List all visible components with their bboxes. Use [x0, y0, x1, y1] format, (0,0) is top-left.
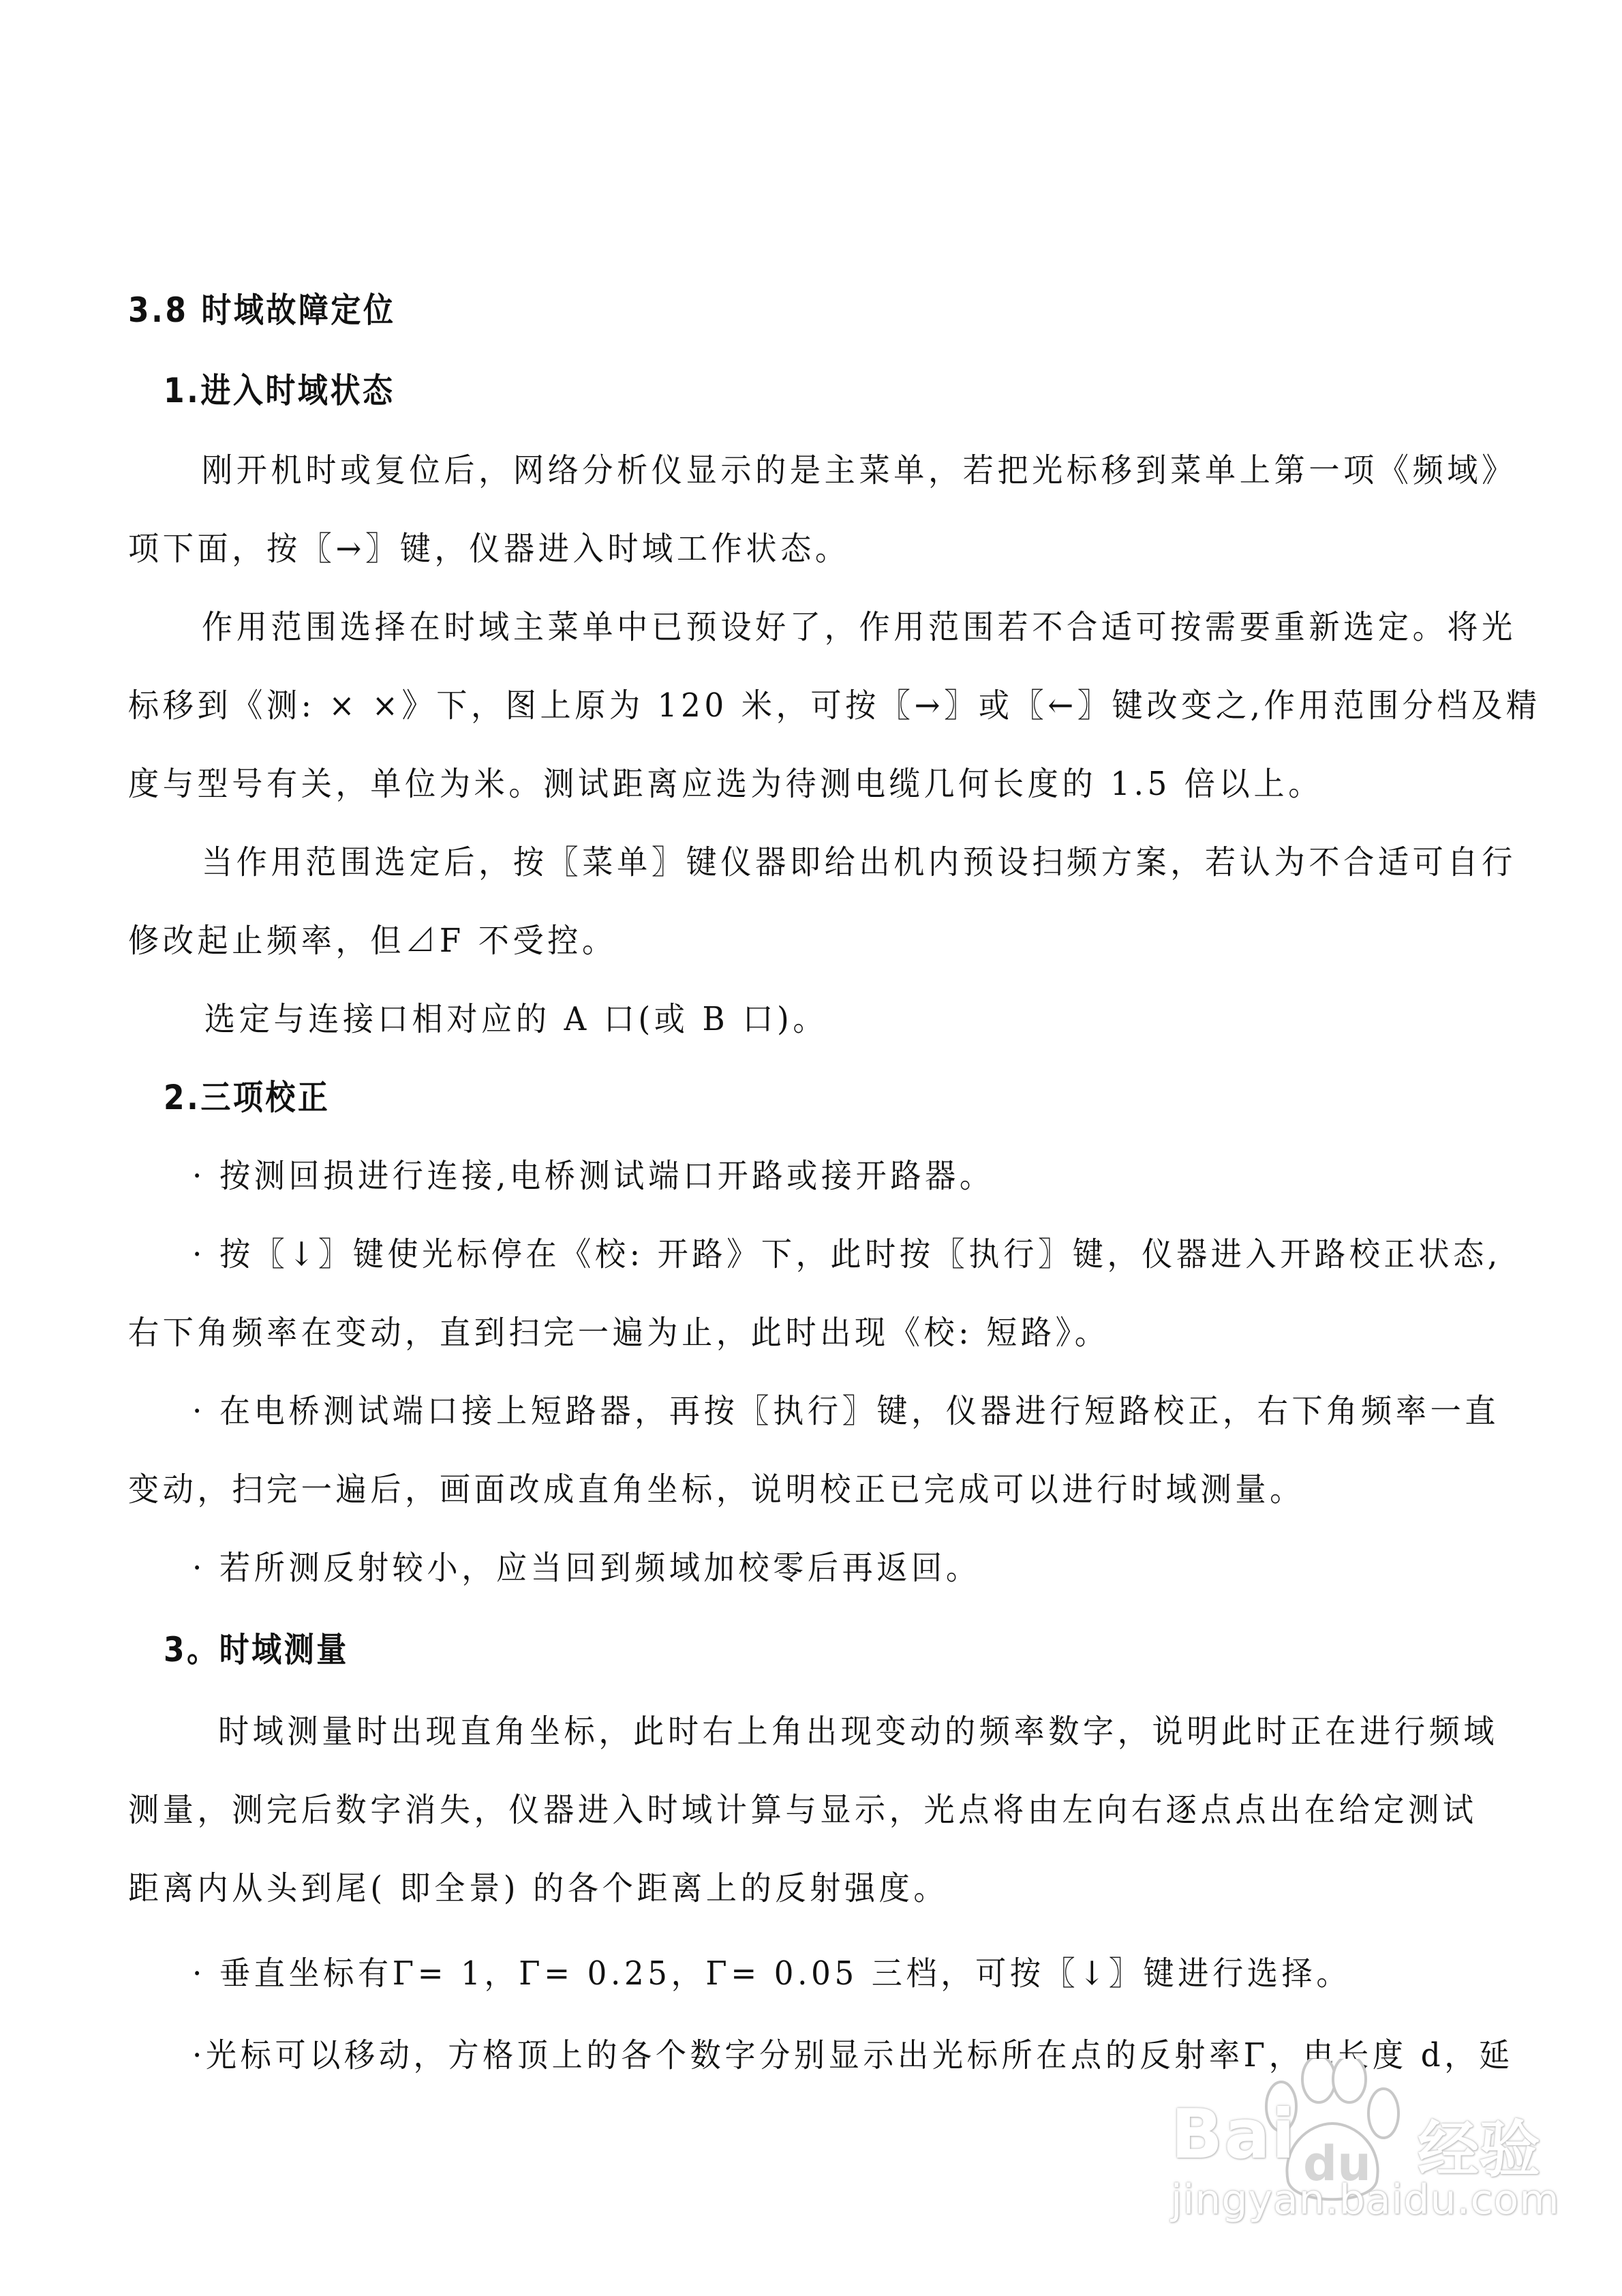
paragraph-line: 当作用范围选定后，按〖菜单〗键仪器即给出机内预设扫频方案，若认为不合适可自行: [202, 842, 1516, 883]
bullet-item: · 垂直坐标有Γ= 1，Γ= 0.25，Γ= 0.05 三档，可按〖↓〗键进行选…: [192, 1953, 1351, 1994]
paragraph-line: 测量，测完后数字消失，仪器进入时域计算与显示，光点将由左向右逐点点出在给定测试: [128, 1789, 1478, 1830]
bullet-item-continued: 右下角频率在变动，直到扫完一遍为止，此时出现《校: 短路》。: [128, 1312, 1110, 1353]
paragraph-line: 标移到《测: × ×》下，图上原为 120 米，可按〖→〗或〖←〗键改变之,作用…: [128, 685, 1541, 726]
bullet-item: · 按〖↓〗键使光标停在《校: 开路》下，此时按〖执行〗键，仪器进入开路校正状态…: [192, 1234, 1501, 1275]
paragraph-line: 选定与连接口相对应的 A 口(或 B 口)。: [204, 999, 827, 1040]
paragraph-line: 度与型号有关，单位为米。测试距离应选为待测电缆几何长度的 1.5 倍以上。: [128, 764, 1323, 804]
svg-text:du: du: [1303, 2136, 1371, 2192]
paragraph-line: 刚开机时或复位后，网络分析仪显示的是主菜单，若把光标移到菜单上第一项《频域》: [202, 450, 1516, 491]
watermark-brand: Bai: [1171, 2094, 1296, 2174]
bullet-item: · 若所测反射较小，应当回到频域加校零后再返回。: [192, 1547, 981, 1588]
subsection-heading-2: 2.三项校正: [164, 1077, 330, 1118]
paragraph-line: 作用范围选择在时域主菜单中已预设好了，作用范围若不合适可按需要重新选定。将光: [202, 607, 1516, 648]
paw-logo-icon: du: [1254, 2059, 1404, 2209]
paragraph-line: 距离内从头到尾( 即全景) 的各个距离上的反射强度。: [128, 1868, 948, 1909]
baidu-jingyan-watermark: du Bai 经验 jingyan.baidu.com: [1152, 2059, 1561, 2284]
bullet-item: · 在电桥测试端口接上短路器，再按〖执行〗键，仪器进行短路校正，右下角频率一直: [192, 1391, 1499, 1432]
watermark-brand-cn: 经验: [1418, 2100, 1540, 2188]
subsection-heading-1: 1.进入时域状态: [164, 370, 395, 411]
bullet-item-continued: 变动，扫完一遍后，画面改成直角坐标，说明校正已完成可以进行时域测量。: [128, 1469, 1304, 1510]
paragraph-line: 修改起止频率，但⊿F 不受控。: [128, 920, 617, 961]
paragraph-line: 项下面，按〖→〗键，仪器进入时域工作状态。: [128, 528, 850, 569]
document-page: 3.8 时域故障定位 1.进入时域状态 刚开机时或复位后，网络分析仪显示的是主菜…: [0, 0, 1622, 2296]
paragraph-line: 时域测量时出现直角坐标，此时右上角出现变动的频率数字，说明此时正在进行频域: [218, 1711, 1498, 1752]
bullet-item: ·光标可以移动，方格顶上的各个数字分别显示出光标所在点的反射率Γ，电长度 d，延: [192, 2035, 1514, 2076]
bullet-item: · 按测回损进行连接,电桥测试端口开路或接开路器。: [192, 1155, 994, 1196]
section-heading: 3.8 时域故障定位: [128, 290, 395, 331]
watermark-url: jingyan.baidu.com: [1171, 2176, 1560, 2224]
subsection-heading-3: 3。时域测量: [164, 1629, 349, 1670]
